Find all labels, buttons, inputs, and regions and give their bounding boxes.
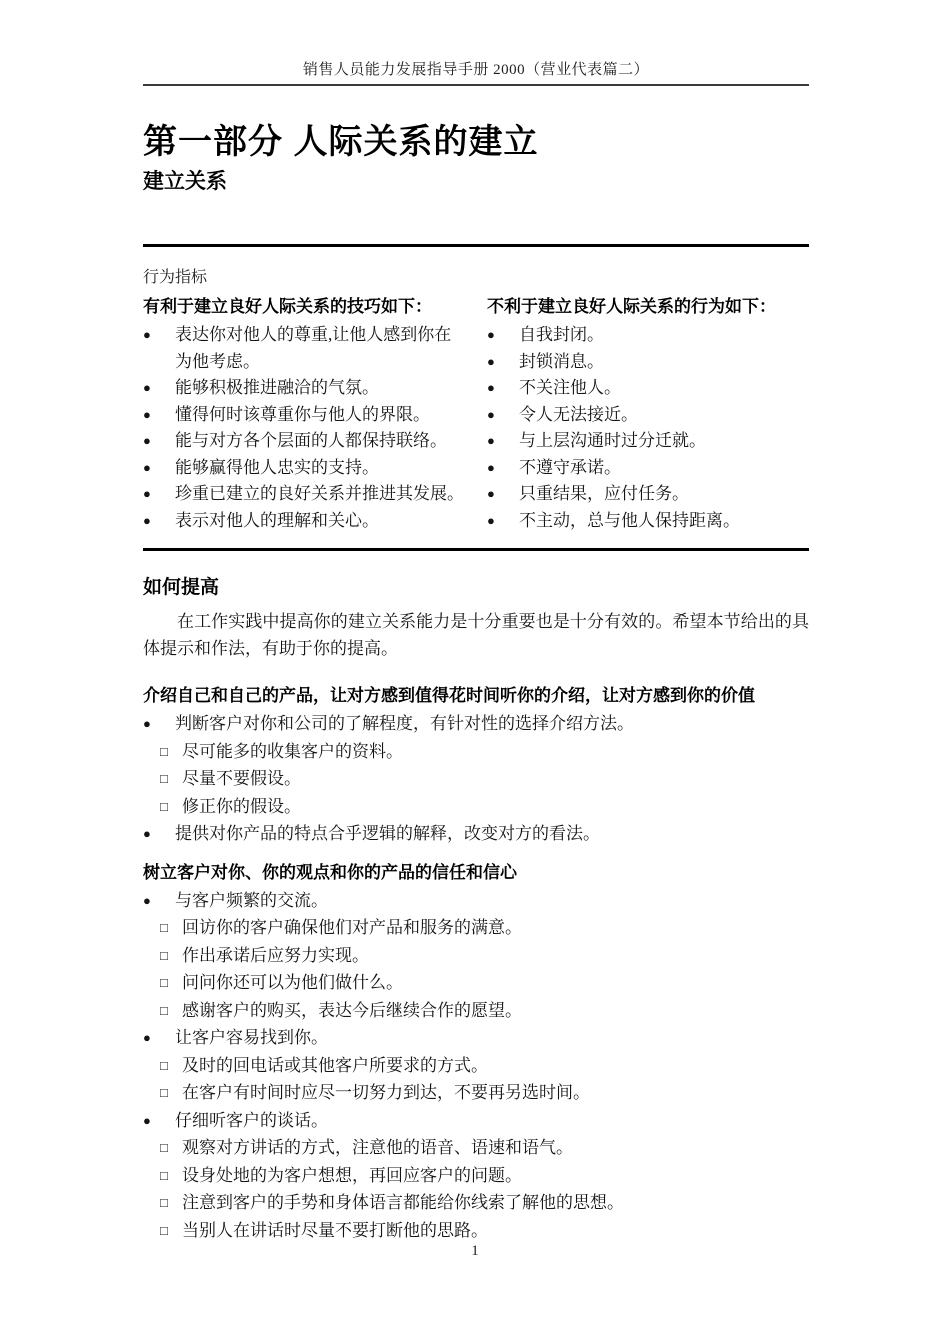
section-heading: 树立客户对你、你的观点和你的产品的信任和信心	[143, 861, 809, 885]
list-item-text: 不遵守承诺。	[519, 455, 809, 482]
list-item-text: 与客户频繁的交流。	[175, 887, 328, 915]
negative-list: ●自我封闭。 ●封锁消息。 ●不关注他人。 ●令人无法接近。 ●与上层沟通时过分…	[487, 322, 809, 534]
sub-list-item-text: 观察对方讲话的方式，注意他的语音、语速和语气。	[182, 1134, 573, 1162]
list-item-text: 封锁消息。	[519, 349, 809, 376]
positive-column: 有利于建立良好人际关系的技巧如下： ●表达你对他人的尊重,让他人感到你在为他考虑…	[143, 295, 487, 534]
square-bullet-icon: □	[160, 969, 182, 997]
list-item: ●能够赢得他人忠实的支持。	[143, 455, 487, 482]
square-bullet-icon: □	[160, 914, 182, 942]
bullet-icon: ●	[143, 322, 175, 349]
indicators-columns: 有利于建立良好人际关系的技巧如下： ●表达你对他人的尊重,让他人感到你在为他考虑…	[143, 295, 809, 534]
square-bullet-icon: □	[160, 1217, 182, 1245]
list-item: ●只重结果，应付任务。	[487, 481, 809, 508]
bullet-icon: ●	[143, 428, 175, 455]
improve-paragraph: 在工作实践中提高你的建立关系能力是十分重要也是十分有效的。希望本节给出的具体提示…	[143, 608, 809, 662]
square-bullet-icon: □	[160, 765, 182, 793]
sub-list-item-text: 在客户有时间时应尽一切努力到达，不要再另选时间。	[182, 1079, 590, 1107]
list-item-text: 表示对他人的理解和关心。	[175, 508, 468, 535]
sub-list-item: □尽量不要假设。	[143, 765, 809, 793]
list-item-text: 能够赢得他人忠实的支持。	[175, 455, 468, 482]
bullet-icon: ●	[487, 508, 519, 535]
running-header: 销售人员能力发展指导手册 2000（营业代表篇二）	[143, 58, 809, 86]
list-item: ●能够积极推进融洽的气氛。	[143, 375, 487, 402]
bullet-icon: ●	[143, 455, 175, 482]
list-item: ●不关注他人。	[487, 375, 809, 402]
list-item-text: 表达你对他人的尊重,让他人感到你在为他考虑。	[175, 322, 468, 375]
sub-list-item-text: 及时的回电话或其他客户所要求的方式。	[182, 1052, 488, 1080]
list-item-text: 与上层沟通时过分迁就。	[519, 428, 809, 455]
list-item-text: 能够积极推进融洽的气氛。	[175, 375, 468, 402]
bullet-icon: ●	[143, 1107, 175, 1135]
list-item: ●能与对方各个层面的人都保持联络。	[143, 428, 487, 455]
bullet-icon: ●	[143, 1024, 175, 1052]
bullet-icon: ●	[143, 402, 175, 429]
horizontal-rule-top	[143, 244, 809, 247]
sub-list-item: □当别人在讲话时尽量不要打断他的思路。	[143, 1217, 809, 1245]
square-bullet-icon: □	[160, 1189, 182, 1217]
list-item-text: 只重结果，应付任务。	[519, 481, 809, 508]
sub-list-item: □问问你还可以为他们做什么。	[143, 969, 809, 997]
list-item: ●判断客户对你和公司的了解程度，有针对性的选择介绍方法。	[143, 710, 809, 738]
bullet-icon: ●	[143, 820, 175, 848]
list-item-text: 自我封闭。	[519, 322, 809, 349]
sub-list-item-text: 尽可能多的收集客户的资料。	[182, 738, 403, 766]
bullet-icon: ●	[143, 375, 175, 402]
list-item: ●封锁消息。	[487, 349, 809, 376]
square-bullet-icon: □	[160, 1162, 182, 1190]
list-item-text: 令人无法接近。	[519, 402, 809, 429]
bullet-icon: ●	[143, 508, 175, 535]
section-list: ●与客户频繁的交流。 □回访你的客户确保他们对产品和服务的满意。 □作出承诺后应…	[143, 887, 809, 1245]
sub-list-item-text: 注意到客户的手势和身体语言都能给你线索了解他的思想。	[182, 1189, 624, 1217]
sub-list-item-text: 当别人在讲话时尽量不要打断他的思路。	[182, 1217, 488, 1245]
list-item: ●表达你对他人的尊重,让他人感到你在为他考虑。	[143, 322, 487, 375]
list-item-text: 提供对你产品的特点合乎逻辑的解释，改变对方的看法。	[175, 820, 600, 848]
list-item: ●珍重已建立的良好关系并推进其发展。	[143, 481, 487, 508]
list-item: ●懂得何时该尊重你与他人的界限。	[143, 402, 487, 429]
sub-list-item-text: 回访你的客户确保他们对产品和服务的满意。	[182, 914, 522, 942]
bullet-icon: ●	[143, 887, 175, 915]
horizontal-rule-middle	[143, 548, 809, 551]
list-item-text: 不关注他人。	[519, 375, 809, 402]
list-item-text: 不主动，总与他人保持距离。	[519, 508, 809, 535]
bullet-icon: ●	[487, 428, 519, 455]
bullet-icon: ●	[487, 402, 519, 429]
list-item-text: 懂得何时该尊重你与他人的界限。	[175, 402, 468, 429]
sub-list-item-text: 感谢客户的购买，表达今后继续合作的愿望。	[182, 997, 522, 1025]
sub-list-item: □设身处地的为客户想想，再回应客户的问题。	[143, 1162, 809, 1190]
negative-column: 不利于建立良好人际关系的行为如下： ●自我封闭。 ●封锁消息。 ●不关注他人。 …	[487, 295, 809, 534]
list-item: ●表示对他人的理解和关心。	[143, 508, 487, 535]
square-bullet-icon: □	[160, 1134, 182, 1162]
list-item-text: 仔细听客户的谈话。	[175, 1107, 328, 1135]
sub-list-item: □作出承诺后应努力实现。	[143, 942, 809, 970]
negative-heading: 不利于建立良好人际关系的行为如下：	[487, 295, 809, 319]
bullet-icon: ●	[487, 455, 519, 482]
document-page: 销售人员能力发展指导手册 2000（营业代表篇二） 第一部分 人际关系的建立 建…	[0, 0, 950, 1344]
square-bullet-icon: □	[160, 942, 182, 970]
square-bullet-icon: □	[160, 738, 182, 766]
sub-list-item: □观察对方讲话的方式，注意他的语音、语速和语气。	[143, 1134, 809, 1162]
sub-list-item-text: 尽量不要假设。	[182, 765, 301, 793]
bullet-icon: ●	[487, 481, 519, 508]
sub-list-item-text: 作出承诺后应努力实现。	[182, 942, 369, 970]
section-list: ●判断客户对你和公司的了解程度，有针对性的选择介绍方法。 □尽可能多的收集客户的…	[143, 710, 809, 848]
bullet-icon: ●	[487, 349, 519, 376]
sub-list-item: □在客户有时间时应尽一切努力到达，不要再另选时间。	[143, 1079, 809, 1107]
bullet-icon: ●	[143, 710, 175, 738]
list-item-text: 能与对方各个层面的人都保持联络。	[175, 428, 468, 455]
sub-list-item: □及时的回电话或其他客户所要求的方式。	[143, 1052, 809, 1080]
square-bullet-icon: □	[160, 793, 182, 821]
sub-list-item-text: 设身处地的为客户想想，再回应客户的问题。	[182, 1162, 522, 1190]
section-heading: 介绍自己和自己的产品，让对方感到值得花时间听你的介绍，让对方感到你的价值	[143, 684, 809, 708]
indicators-label: 行为指标	[143, 267, 809, 289]
tip-section-introduce: 介绍自己和自己的产品，让对方感到值得花时间听你的介绍，让对方感到你的价值 ●判断…	[143, 684, 809, 848]
square-bullet-icon: □	[160, 1079, 182, 1107]
sub-list-item-text: 问问你还可以为他们做什么。	[182, 969, 403, 997]
page-subtitle: 建立关系	[143, 168, 809, 196]
list-item: ●令人无法接近。	[487, 402, 809, 429]
list-item-text: 珍重已建立的良好关系并推进其发展。	[175, 481, 468, 508]
list-item: ●提供对你产品的特点合乎逻辑的解释，改变对方的看法。	[143, 820, 809, 848]
sub-list-item: □感谢客户的购买，表达今后继续合作的愿望。	[143, 997, 809, 1025]
list-item: ●自我封闭。	[487, 322, 809, 349]
bullet-icon: ●	[487, 322, 519, 349]
bullet-icon: ●	[143, 481, 175, 508]
page-title: 第一部分 人际关系的建立	[143, 120, 809, 164]
square-bullet-icon: □	[160, 997, 182, 1025]
list-item: ●与客户频繁的交流。	[143, 887, 809, 915]
list-item-text: 判断客户对你和公司的了解程度，有针对性的选择介绍方法。	[175, 710, 634, 738]
tip-section-trust: 树立客户对你、你的观点和你的产品的信任和信心 ●与客户频繁的交流。 □回访你的客…	[143, 861, 809, 1245]
list-item: ●让客户容易找到你。	[143, 1024, 809, 1052]
sub-list-item: □回访你的客户确保他们对产品和服务的满意。	[143, 914, 809, 942]
improve-heading: 如何提高	[143, 575, 809, 600]
sub-list-item: □注意到客户的手势和身体语言都能给你线索了解他的思想。	[143, 1189, 809, 1217]
list-item: ●不主动，总与他人保持距离。	[487, 508, 809, 535]
list-item: ●仔细听客户的谈话。	[143, 1107, 809, 1135]
positive-list: ●表达你对他人的尊重,让他人感到你在为他考虑。 ●能够积极推进融洽的气氛。 ●懂…	[143, 322, 487, 534]
positive-heading: 有利于建立良好人际关系的技巧如下：	[143, 295, 487, 319]
page-number: 1	[0, 1243, 950, 1260]
sub-list-item: □修正你的假设。	[143, 793, 809, 821]
sub-list-item-text: 修正你的假设。	[182, 793, 301, 821]
list-item: ●与上层沟通时过分迁就。	[487, 428, 809, 455]
bullet-icon: ●	[487, 375, 519, 402]
list-item-text: 让客户容易找到你。	[175, 1024, 328, 1052]
square-bullet-icon: □	[160, 1052, 182, 1080]
sub-list-item: □尽可能多的收集客户的资料。	[143, 738, 809, 766]
list-item: ●不遵守承诺。	[487, 455, 809, 482]
